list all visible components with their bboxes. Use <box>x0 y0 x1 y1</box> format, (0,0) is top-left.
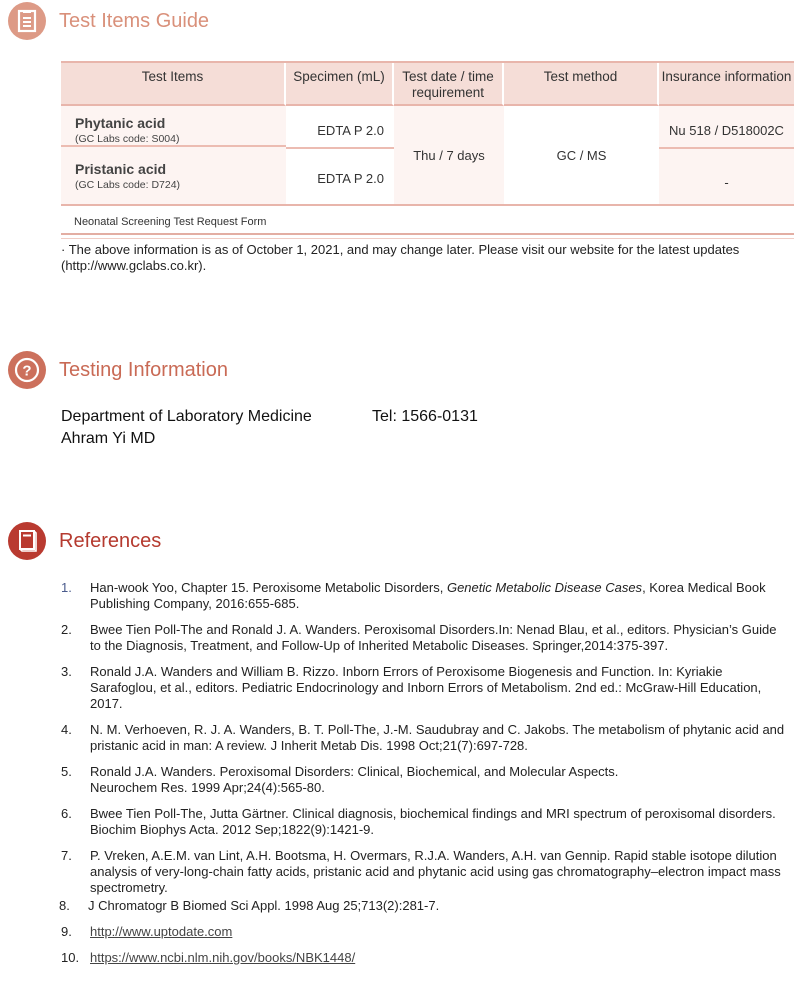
disclaimer-text: · The above information is as of October… <box>61 242 791 274</box>
reference-text: Neurochem Res. 1999 Apr;24(4):565-80. <box>90 780 325 795</box>
reference-book-title: Genetic Metabolic Disease Cases <box>447 580 642 595</box>
reference-item: 1. Han-wook Yoo, Chapter 15. Peroxisome … <box>60 580 790 612</box>
table-row: Phytanic acid (GC Labs code: S004) <box>61 106 286 147</box>
reference-number: 1. <box>60 580 90 612</box>
reference-number: 8. <box>58 898 88 914</box>
telephone: Tel: 1566-0131 <box>372 406 478 428</box>
request-form-note: Neonatal Screening Test Request Form <box>74 216 266 228</box>
references-list: 1. Han-wook Yoo, Chapter 15. Peroxisome … <box>60 580 790 976</box>
column-header-insurance: Insurance information <box>659 63 794 106</box>
contact-info: Department of Laboratory Medicine Ahram … <box>61 406 312 450</box>
reference-item: 5. Ronald J.A. Wanders. Peroxisomal Diso… <box>60 764 790 796</box>
reference-text: Ronald J.A. Wanders and William B. Rizzo… <box>90 664 790 712</box>
reference-item: 3. Ronald J.A. Wanders and William B. Ri… <box>60 664 790 712</box>
specimen-cell: EDTA P 2.0 <box>286 106 394 149</box>
reference-number: 3. <box>60 664 90 712</box>
section-title: References <box>59 530 161 553</box>
section-header-test-items-guide: Test Items Guide <box>8 2 209 40</box>
test-date-cell: Thu / 7 days <box>394 106 504 204</box>
reference-number: 5. <box>60 764 90 796</box>
section-title: Test Items Guide <box>59 10 209 33</box>
reference-text: Bwee Tien Poll-The and Ronald J. A. Wand… <box>90 622 790 654</box>
reference-item: 2. Bwee Tien Poll-The and Ronald J. A. W… <box>60 622 790 654</box>
book-icon <box>8 522 46 560</box>
reference-text: P. Vreken, A.E.M. van Lint, A.H. Bootsma… <box>90 848 790 896</box>
divider <box>61 238 794 239</box>
doctor-name: Ahram Yi MD <box>61 428 312 450</box>
test-item-name: Pristanic acid <box>75 161 286 177</box>
section-header-testing-information: ? Testing Information <box>8 351 228 389</box>
reference-item: 6. Bwee Tien Poll-The, Jutta Gärtner. Cl… <box>60 806 790 838</box>
section-header-references: References <box>8 522 161 560</box>
clipboard-icon <box>8 2 46 40</box>
reference-number: 7. <box>60 848 90 896</box>
specimen-cell: EDTA P 2.0 <box>286 149 394 204</box>
reference-text: J Chromatogr B Biomed Sci Appl. 1998 Aug… <box>88 898 790 914</box>
reference-number: 4. <box>60 722 90 754</box>
test-item-code: (GC Labs code: S004) <box>75 133 286 145</box>
insurance-cell: - <box>659 149 794 204</box>
department-name: Department of Laboratory Medicine <box>61 406 312 428</box>
reference-item: 8. J Chromatogr B Biomed Sci Appl. 1998 … <box>58 898 790 914</box>
reference-text: Ronald J.A. Wanders. Peroxisomal Disorde… <box>90 764 618 779</box>
reference-text: Bwee Tien Poll-The, Jutta Gärtner. Clini… <box>90 806 790 838</box>
reference-number: 6. <box>60 806 90 838</box>
insurance-cell: Nu 518 / D518002C <box>659 106 794 149</box>
column-header-test-date: Test date / time requirement <box>394 63 504 106</box>
reference-text: Han-wook Yoo, Chapter 15. Peroxisome Met… <box>90 580 447 595</box>
reference-text: N. M. Verhoeven, R. J. A. Wanders, B. T.… <box>90 722 790 754</box>
divider <box>61 233 794 235</box>
reference-item: 9. http://www.uptodate.com <box>60 924 790 940</box>
reference-item: 7. P. Vreken, A.E.M. van Lint, A.H. Boot… <box>60 848 790 896</box>
reference-item: 10. https://www.ncbi.nlm.nih.gov/books/N… <box>60 950 790 966</box>
table-row: Pristanic acid (GC Labs code: D724) <box>61 147 286 202</box>
column-header-test-items: Test Items <box>61 63 286 106</box>
column-header-specimen: Specimen (mL) <box>286 63 394 106</box>
column-header-test-method: Test method <box>504 63 659 106</box>
reference-number: 2. <box>60 622 90 654</box>
reference-item: 4. N. M. Verhoeven, R. J. A. Wanders, B.… <box>60 722 790 754</box>
reference-number: 10. <box>60 950 90 966</box>
test-item-code: (GC Labs code: D724) <box>75 179 286 191</box>
reference-link[interactable]: http://www.uptodate.com <box>90 924 232 939</box>
question-icon: ? <box>8 351 46 389</box>
reference-link[interactable]: https://www.ncbi.nlm.nih.gov/books/NBK14… <box>90 950 355 965</box>
test-method-cell: GC / MS <box>504 106 659 204</box>
test-items-table: Test Items Specimen (mL) Test date / tim… <box>61 61 794 206</box>
test-item-name: Phytanic acid <box>75 115 286 131</box>
reference-number: 9. <box>60 924 90 940</box>
section-title: Testing Information <box>59 359 228 382</box>
svg-text:?: ? <box>22 363 31 380</box>
